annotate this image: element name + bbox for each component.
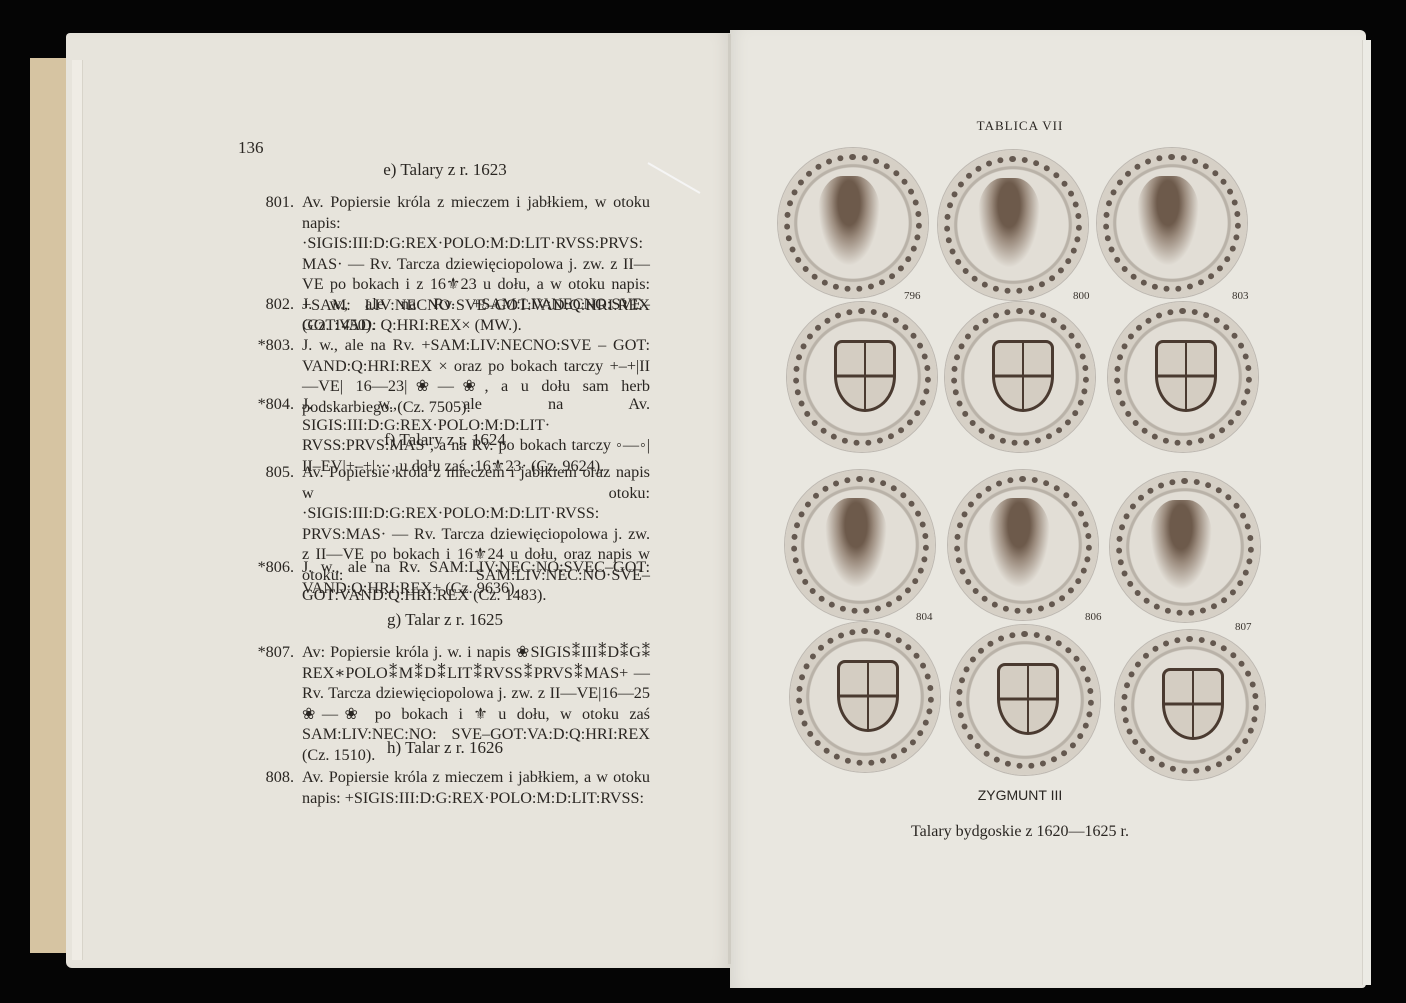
coat-of-arms-shield-icon (997, 663, 1059, 735)
entry-number: 808. (240, 767, 294, 788)
coat-of-arms-shield-icon (1155, 340, 1217, 412)
catalog-entry-802: 802. J. w., ale na Rv. +SAM:LIV:NECNO:SV… (240, 294, 650, 335)
king-bust-icon (825, 498, 887, 588)
entry-text: J. w., ale na Rv. SAM:LIV:NEC:NO:SVEC–GO… (302, 557, 650, 598)
coin-reverse (1108, 302, 1258, 452)
coat-of-arms-shield-icon (992, 340, 1054, 412)
coat-of-arms-shield-icon (837, 660, 899, 732)
left-page-stack-edge (72, 60, 83, 960)
coin-reverse (787, 302, 937, 452)
king-bust-icon (818, 176, 880, 266)
entry-number: 805. (240, 462, 294, 483)
coin-reverse (945, 302, 1095, 452)
page-number: 136 (238, 138, 264, 158)
entry-number: *803. (240, 335, 294, 356)
king-bust-icon (988, 498, 1050, 588)
coat-of-arms-shield-icon (834, 340, 896, 412)
section-heading-g: g) Talar z r. 1625 (230, 610, 660, 630)
king-bust-icon (1137, 176, 1199, 266)
king-bust-icon (1150, 500, 1212, 590)
catalog-entry-808: 808. Av. Popiersie króla z mieczem i jab… (240, 767, 650, 808)
coin-obverse-804 (785, 470, 935, 620)
coin-obverse-796 (778, 148, 928, 298)
entry-text: Av. Popiersie króla z mieczem i jabłkiem… (302, 767, 650, 808)
right-page-stack-edge (1362, 40, 1371, 985)
coin-label-800: 800 (1073, 290, 1090, 302)
book-gutter (728, 34, 731, 964)
coin-reverse (790, 622, 940, 772)
coin-label-806: 806 (1085, 611, 1102, 623)
plate-caption-description: Talary bydgoskie z 1620—1625 r. (760, 823, 1280, 841)
entry-number: *804. (240, 394, 294, 415)
catalog-entry-806: *806. J. w., ale na Rv. SAM:LIV:NEC:NO:S… (240, 557, 650, 598)
entry-number: 801. (240, 192, 294, 213)
entry-number: 802. (240, 294, 294, 315)
coin-obverse-803 (1097, 148, 1247, 298)
coin-obverse-800 (938, 150, 1088, 300)
entry-number: *807. (240, 642, 294, 663)
entry-text: J. w., ale na Rv. +SAM:LIV:NECNO:SVE–GOT… (302, 294, 650, 335)
coin-obverse-806 (948, 470, 1098, 620)
coat-of-arms-shield-icon (1162, 668, 1224, 740)
coin-reverse (950, 625, 1100, 775)
section-heading-e: e) Talary z r. 1623 (230, 160, 660, 180)
king-bust-icon (978, 178, 1040, 268)
coin-label-807: 807 (1235, 621, 1252, 633)
coin-label-804: 804 (916, 611, 933, 623)
section-heading-h: h) Talar z r. 1626 (230, 738, 660, 758)
coin-label-796: 796 (904, 290, 921, 302)
coin-label-803: 803 (1232, 290, 1249, 302)
entry-number: *806. (240, 557, 294, 578)
coin-obverse-807 (1110, 472, 1260, 622)
plate-title: TABLICA VII (760, 118, 1280, 134)
plate-caption-ruler: ZYGMUNT III (760, 787, 1280, 803)
section-heading-f: f) Talary z r. 1624 (230, 430, 660, 450)
coin-reverse (1115, 630, 1265, 780)
